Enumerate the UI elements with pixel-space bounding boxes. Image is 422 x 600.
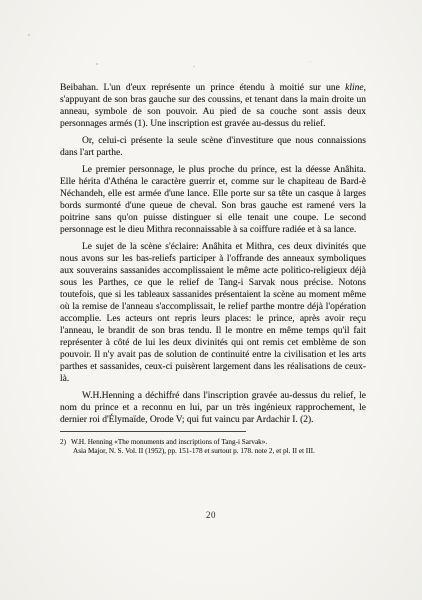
scan-speck xyxy=(193,66,195,67)
footnote-reference-title: W.H. Henning «The monuments and inscript… xyxy=(71,438,267,446)
kline-italic-term: kline xyxy=(345,83,363,93)
footnote-line-1: 2)W.H. Henning «The monuments and inscri… xyxy=(60,438,366,447)
paragraph-henning: W.H.Henning a déchiffré dans l'inscripti… xyxy=(60,390,366,426)
paragraph-continuation: Beibahan. L'un d'eux représente un princ… xyxy=(60,82,366,130)
page-number: 20 xyxy=(0,510,422,520)
paragraph-anahita: Le premier personnage, le plus proche du… xyxy=(60,164,366,236)
footnote-separator-rule xyxy=(60,431,246,432)
scan-speck xyxy=(96,63,98,65)
scan-speck xyxy=(310,61,311,62)
footnote-block: 2)W.H. Henning «The monuments and inscri… xyxy=(60,431,366,457)
paragraph-investiture: Or, celui-ci présente la seule scène d'i… xyxy=(60,135,366,159)
footnote-marker: 2) xyxy=(60,438,66,446)
text-block: Beibahan. L'un d'eux représente un princ… xyxy=(60,82,366,457)
footnote: 2)W.H. Henning «The monuments and inscri… xyxy=(60,438,366,457)
paragraph-scene: Le sujet de la scène s'éclaire: Anâhita … xyxy=(60,241,366,385)
scan-speck xyxy=(28,34,30,36)
paragraph-text: Beibahan. L'un d'eux représente un princ… xyxy=(60,83,345,93)
footnote-reference-details: Asia Major, N. S. Vol. II (1952), pp. 15… xyxy=(60,447,366,456)
scanned-book-page: Beibahan. L'un d'eux représente un princ… xyxy=(0,0,422,600)
